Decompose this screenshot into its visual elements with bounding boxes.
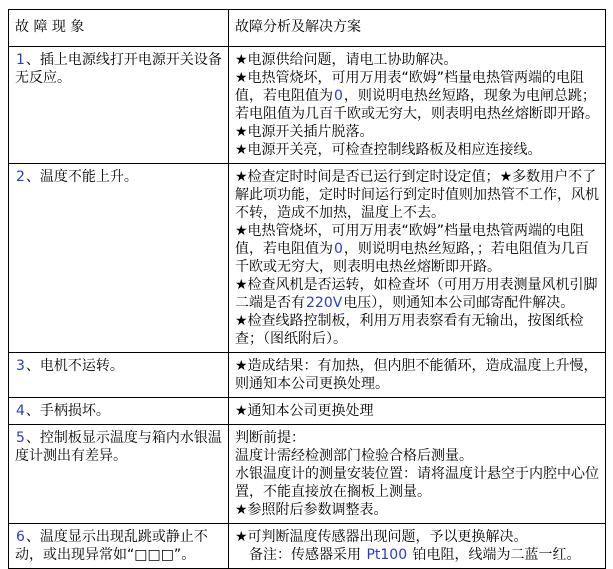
solution-item: ★检查风机是否运转，如检查坏（可用万用表测量风机引脚二端是否有220V电压），则… <box>235 276 600 312</box>
solution-item: ★电源供给问题，请电工协助解决。 <box>235 51 600 69</box>
fault-text: 1、插上电源线打开电源开关设备无反应。 <box>15 51 223 87</box>
solution-item: 温度计需经检测部门检验合格后测量。 <box>235 447 600 465</box>
solution-cell-4: ★通知本公司更换处理 <box>229 398 606 425</box>
table-header-row: 故 障 现 象 故障分析及解决方案 <box>9 10 606 47</box>
table-row: 2、温度不能上升。 ★检查定时时间是否已运行到定时设定值；★多数用户不了解此项功… <box>9 164 606 353</box>
fault-cell-4: 4、手柄损坏。 <box>9 398 229 425</box>
solution-item: ★造成结果：有加热，但内胆不能循环，造成温度上升慢，则通知本公司更换处理。 <box>235 357 600 393</box>
solution-item: 水银温度计的测量安装位置：请将温度计悬空于内腔中心位置，不能直接放在搁板上测量。 <box>235 465 600 501</box>
solution-cell-5: 判断前提：温度计需经检测部门检验合格后测量。水银温度计的测量安装位置：请将温度计… <box>229 425 606 524</box>
header-analysis-solution: 故障分析及解决方案 <box>229 10 606 47</box>
solution-item: ★电热管烧坏，可用万用表“欧姆”档量电热管两端的电阻值，若电阻值为0，则说明电热… <box>235 69 600 123</box>
solution-item: ★电源开关亮，可检查控制线路板及相应连接线。 <box>235 141 600 159</box>
solution-item: ★电源开关插片脱落。 <box>235 123 600 141</box>
fault-text: 3、电机不运转。 <box>15 357 223 375</box>
solution-cell-2: ★检查定时时间是否已运行到定时设定值；★多数用户不了解此项功能，定时时间运行到定… <box>229 164 606 353</box>
table-row: 4、手柄损坏。 ★通知本公司更换处理 <box>9 398 606 425</box>
fault-cell-3: 3、电机不运转。 <box>9 353 229 398</box>
fault-text: 6、温度显示出现乱跳或静止不动，或出现异常如“□□□”。 <box>15 528 223 564</box>
solution-item: ★可判断温度传感器出现问题，予以更换解决。 <box>235 528 600 546</box>
fault-cell-1: 1、插上电源线打开电源开关设备无反应。 <box>9 47 229 164</box>
table-row: 5、控制板显示温度与箱内水银温度计测出有差异。 判断前提：温度计需经检测部门检验… <box>9 425 606 524</box>
solution-item: ★电热管烧坏，可用万用表“欧姆”档量电热管两端的电阻值，若电阻值为0，则说明电热… <box>235 222 600 276</box>
table-row: 3、电机不运转。 ★造成结果：有加热，但内胆不能循环，造成温度上升慢，则通知本公… <box>9 353 606 398</box>
fault-cell-2: 2、温度不能上升。 <box>9 164 229 353</box>
header-solution-label: 故障分析及解决方案 <box>235 18 600 36</box>
troubleshooting-table: 故 障 现 象 故障分析及解决方案 1、插上电源线打开电源开关设备无反应。 ★电… <box>8 9 606 569</box>
table-row: 1、插上电源线打开电源开关设备无反应。 ★电源供给问题，请电工协助解决。★电热管… <box>9 47 606 164</box>
solution-item: ★检查定时时间是否已运行到定时设定值；★多数用户不了解此项功能，定时时间运行到定… <box>235 168 600 222</box>
fault-text: 4、手柄损坏。 <box>15 402 223 420</box>
fault-text: 5、控制板显示温度与箱内水银温度计测出有差异。 <box>15 429 223 465</box>
header-fault-label: 故 障 现 象 <box>15 18 223 36</box>
solution-item: ★参照附后参数调整表。 <box>235 501 600 519</box>
solution-item: ★检查线路控制板，利用万用表察看有无输出，按图纸检查；（图纸附后）。 <box>235 312 600 348</box>
fault-text: 2、温度不能上升。 <box>15 168 223 186</box>
fault-cell-6: 6、温度显示出现乱跳或静止不动，或出现异常如“□□□”。 <box>9 524 229 569</box>
solution-cell-3: ★造成结果：有加热，但内胆不能循环，造成温度上升慢，则通知本公司更换处理。 <box>229 353 606 398</box>
solution-item: 备注：传感器采用 Pt100 铂电阻，线端为二蓝一红。 <box>235 546 600 564</box>
fault-cell-5: 5、控制板显示温度与箱内水银温度计测出有差异。 <box>9 425 229 524</box>
header-fault-phenomenon: 故 障 现 象 <box>9 10 229 47</box>
table-row: 6、温度显示出现乱跳或静止不动，或出现异常如“□□□”。 ★可判断温度传感器出现… <box>9 524 606 569</box>
solution-item: 判断前提： <box>235 429 600 447</box>
solution-cell-6: ★可判断温度传感器出现问题，予以更换解决。 备注：传感器采用 Pt100 铂电阻… <box>229 524 606 569</box>
solution-cell-1: ★电源供给问题，请电工协助解决。★电热管烧坏，可用万用表“欧姆”档量电热管两端的… <box>229 47 606 164</box>
solution-item: ★通知本公司更换处理 <box>235 402 600 420</box>
